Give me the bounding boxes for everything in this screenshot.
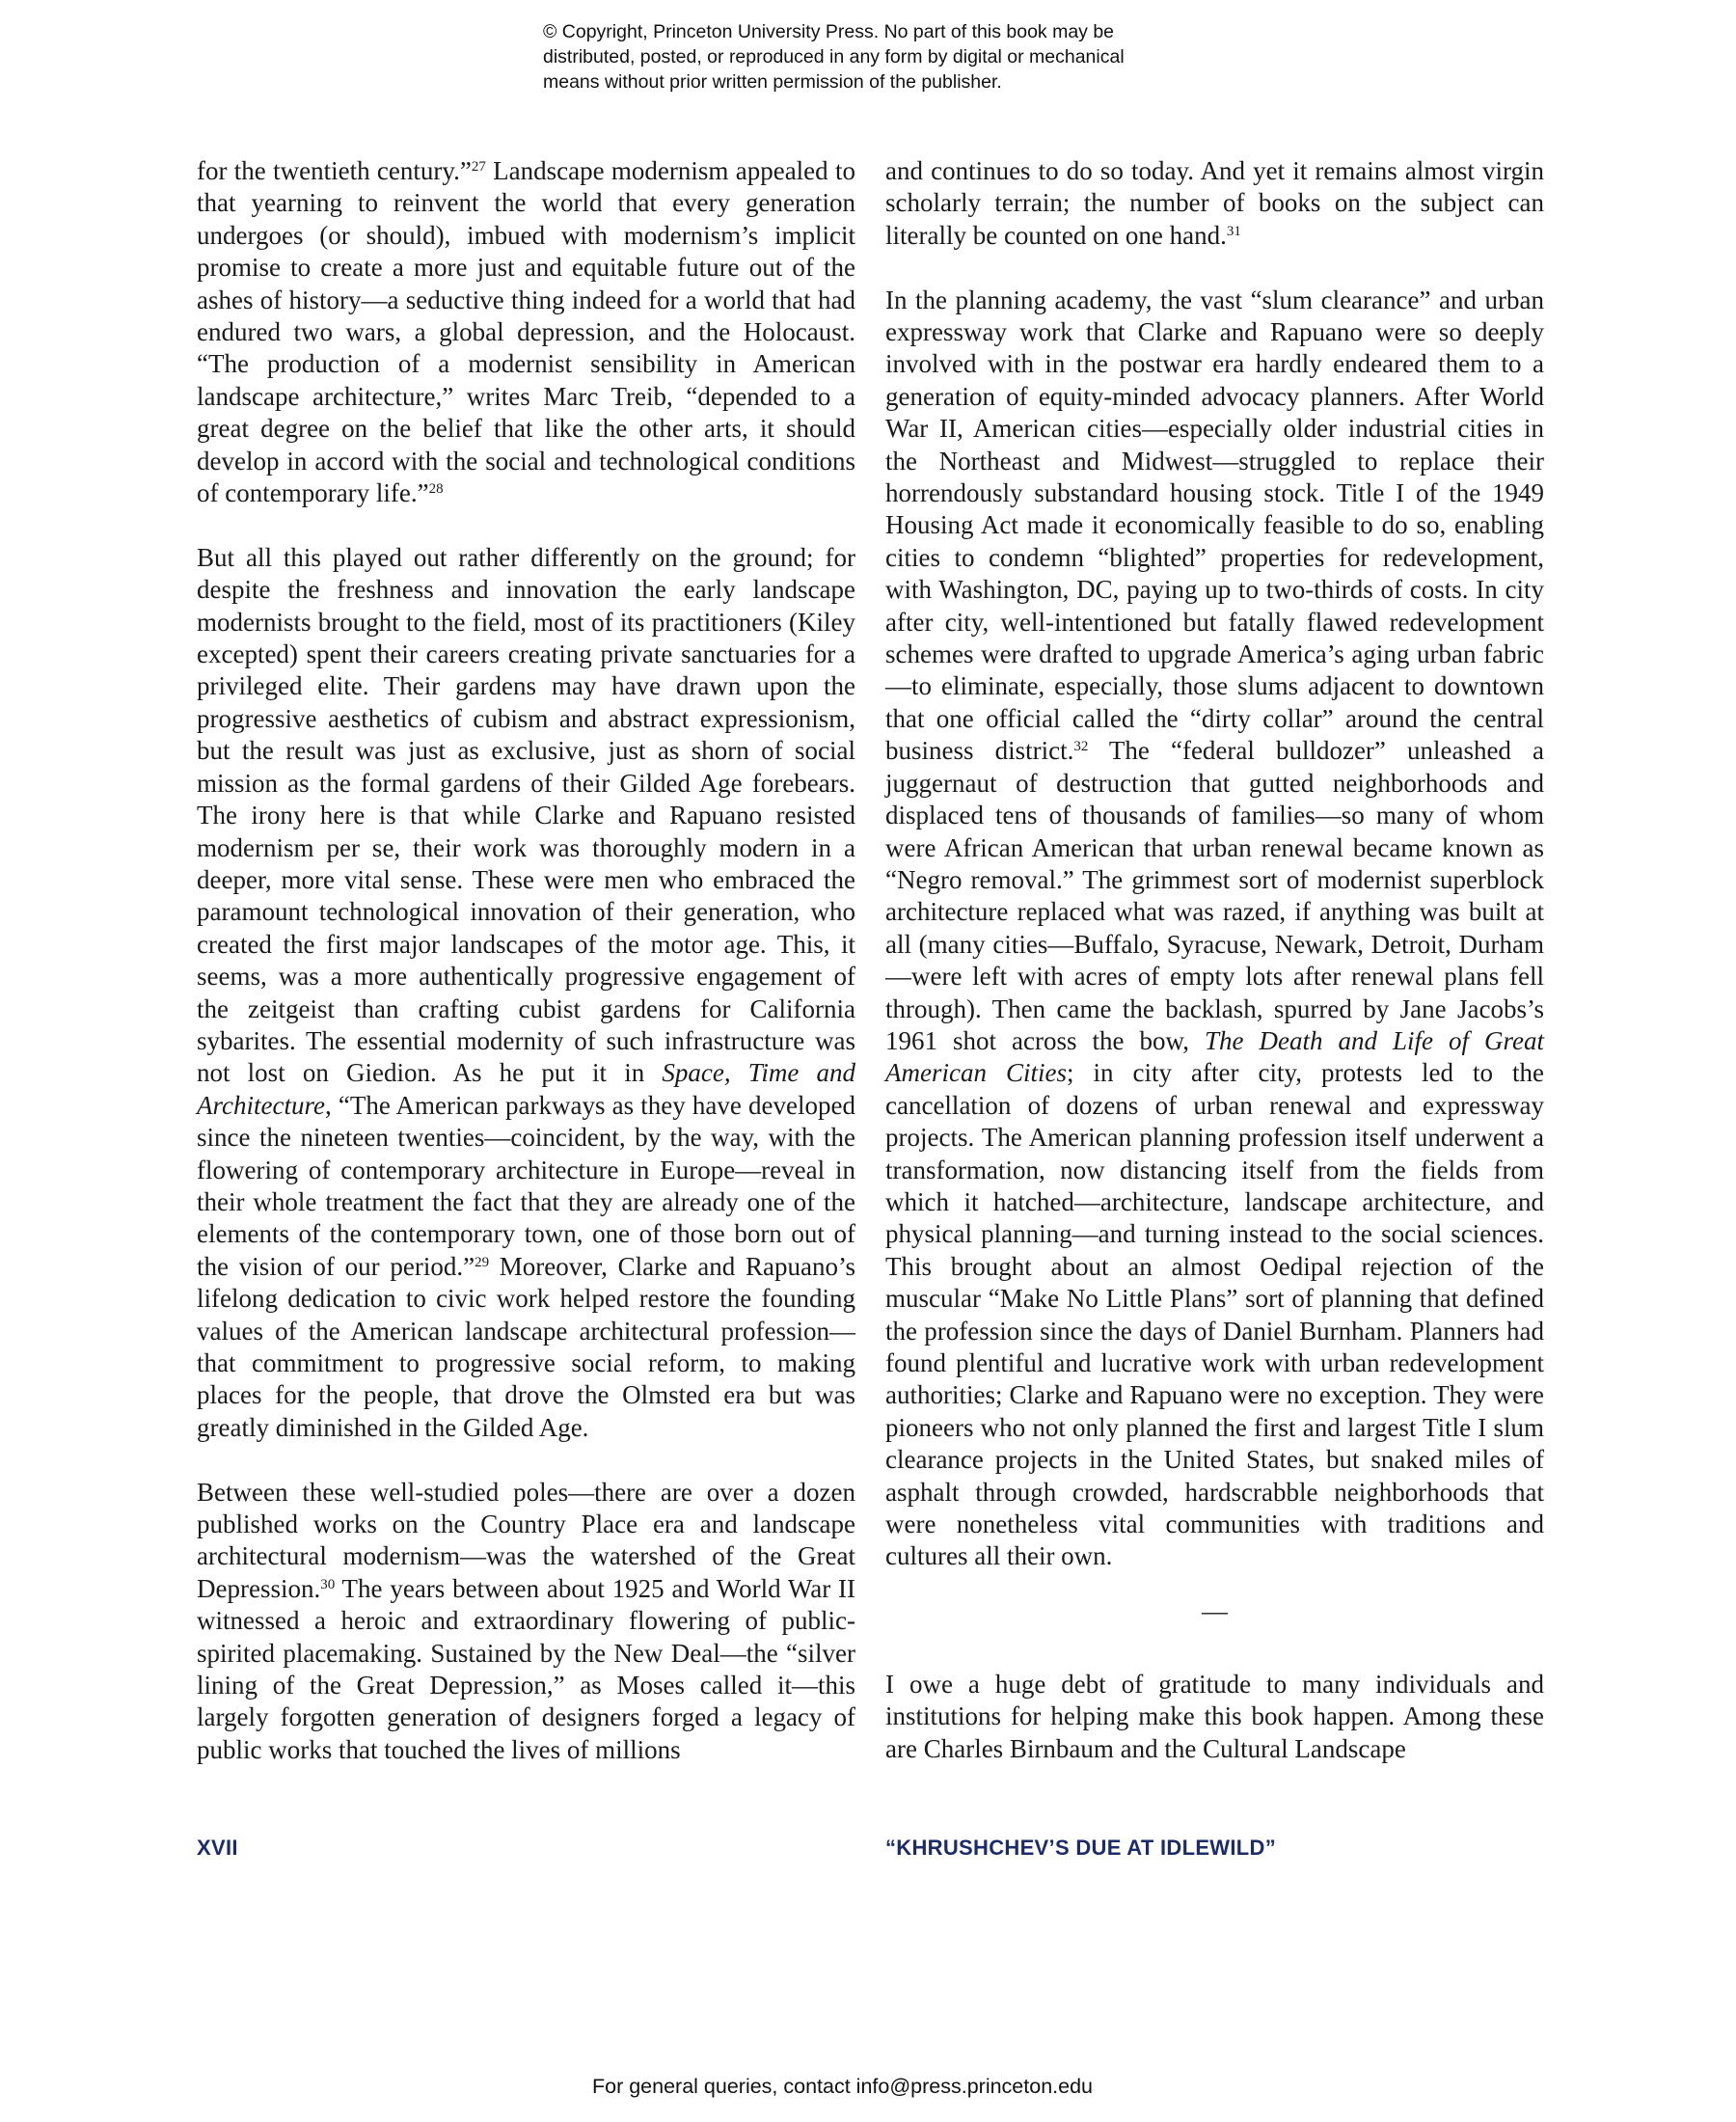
footnote-ref-27[interactable]: 27 [472, 159, 486, 175]
paragraph: Between these well-studied poles—there a… [197, 1477, 855, 1767]
running-head: “KHRUSHCHEV’S DUE AT IDLEWILD” [885, 1836, 1276, 1861]
footnote-ref-31[interactable]: 31 [1227, 224, 1241, 239]
page-number: XVII [197, 1836, 238, 1861]
left-text-column: for the twentieth century.”27 Landscape … [197, 155, 855, 1766]
copyright-notice: © Copyright, Princeton University Press.… [543, 19, 1237, 95]
footnote-ref-32[interactable]: 32 [1073, 739, 1088, 754]
paragraph: In the planning academy, the vast “slum … [885, 285, 1544, 1573]
right-text-column: and continues to do so today. And yet it… [885, 155, 1544, 1765]
contact-footer: For general queries, contact info@press.… [592, 2075, 1093, 2099]
section-break-dash: — [885, 1595, 1544, 1627]
paragraph: and continues to do so today. And yet it… [885, 155, 1544, 252]
footnote-ref-30[interactable]: 30 [320, 1577, 335, 1592]
paragraph: But all this played out rather different… [197, 542, 855, 1444]
paragraph: I owe a huge debt of gratitude to many i… [885, 1669, 1544, 1765]
paragraph: for the twentieth century.”27 Landscape … [197, 155, 855, 509]
footnote-ref-29[interactable]: 29 [475, 1255, 489, 1270]
copyright-line-2: distributed, posted, or reproduced in an… [543, 44, 1237, 69]
copyright-line-3: means without prior written permission o… [543, 69, 1237, 95]
footnote-ref-28[interactable]: 28 [429, 481, 444, 497]
copyright-line-1: © Copyright, Princeton University Press.… [543, 19, 1237, 44]
